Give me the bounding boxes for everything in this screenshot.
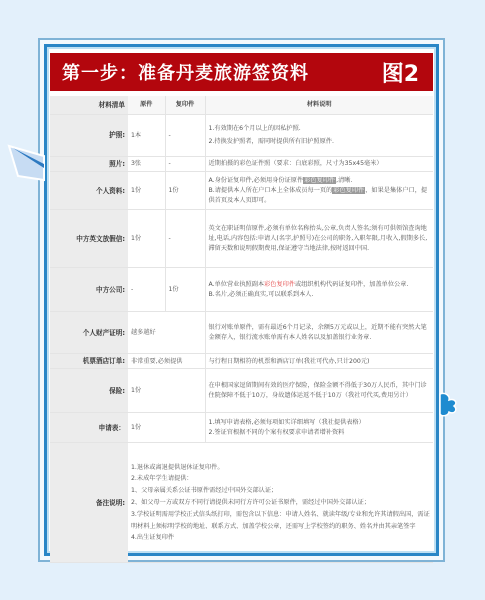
desc-line: 1.有效期在6个月以上的因私护照. [209,124,431,134]
row-copy: 1份 [165,268,205,312]
row-original: 1份 [128,210,165,268]
row-name: 中方英文放假信: [50,210,128,268]
desc-line-a: A.身份证复印件,必须用身份证原件彩色复印件,清晰. [209,176,431,186]
note-line: 1、父母亲属关系公证书原件需经过中国外交部认证； [131,485,430,497]
row-original: 1本 [128,115,165,157]
row-name: 申请表： [50,413,128,443]
note-line: 3.学校证明需用学校正式信头纸打印，需包含以下信息：申请人姓名、就读年级/专业和… [131,509,430,533]
desc-line-a: A.单位营业执照副本彩色复印件或组织机构代码证复印件，加盖单位公章. [209,280,431,290]
row-name: 个人资料: [50,172,128,210]
row-description: A.单位营业执照副本彩色复印件或组织机构代码证复印件，加盖单位公章. B.名片,… [205,268,433,312]
row-name: 中方公司: [50,268,128,312]
row-description: 1.有效期在6个月以上的因私护照. 2.持换发护照者，需同时提供所有旧护照原件. [205,115,433,157]
page-title: 第一步：准备丹麦旅游签资料 [62,59,309,85]
note-line: 2.未成年学生请提供： [131,473,430,485]
row-copy: 1份 [165,172,205,210]
row-name: 备注说明: [50,443,128,563]
row-original: 1份 [128,413,205,443]
row-copy: - [165,157,205,172]
table-row: 照片: 3张 - 近期拍摄的彩色证件照（要求：白底彩照，尺寸为35x45毫米） [50,157,433,172]
row-description: 英文在职证明信原件,必须有单位名称抬头,公章,负责人签名;须有可供领馆查询地址,… [205,210,433,268]
header-description: 材料说明 [205,96,433,115]
highlight-color-copy: 彩色复印件 [303,177,336,184]
table-row: 保险: 1份 在申根国家逗留期间有效的医疗保险，保险金额不得低于30万人民币，其… [50,369,433,413]
table-row: 机票酒店订单: 非常重要,必须提供 与行程日期相符的机票和酒店订单(我社可代办,… [50,354,433,369]
desc-line: 1.填写申请表格,必须每项如实详细填写（我社提供表格） [209,418,431,428]
row-description: 1.填写申请表格,必须每项如实详细填写（我社提供表格） 2.签证官根据不同的个案… [205,413,433,443]
table-row: 个人财产证明: 越多越好 银行对账单原件，需有最近6个月记录，余额5万元或以上，… [50,312,433,354]
desc-line: 2.签证官根据不同的个案有权要求申请者增补资料 [209,428,431,438]
row-original: 1份 [128,172,165,210]
row-description: 与行程日期相符的机票和酒店订单(我社可代办,只计200元) [205,354,433,369]
table-row: 护照: 1本 - 1.有效期在6个月以上的因私护照. 2.持换发护照者，需同时提… [50,115,433,157]
row-name: 个人财产证明: [50,312,128,354]
highlight-color-copy: 彩色复印件 [332,187,365,194]
row-description: A.身份证复印件,必须用身份证原件彩色复印件,清晰. B.请提供本人所在户口本上… [205,172,433,210]
note-line: 1.退休或离退提供退休证复印件。 [131,462,430,474]
table-row: 个人资料: 1份 1份 A.身份证复印件,必须用身份证原件彩色复印件,清晰. B… [50,172,433,210]
row-name: 保险: [50,369,128,413]
desc-line: 2.持换发护照者，需同时提供所有旧护照原件. [209,137,431,147]
header-materials: 材料清单 [50,96,128,115]
row-description: 在申根国家逗留期间有效的医疗保险，保险金额不得低于30万人民币，其中门诊住院保障… [205,369,433,413]
desc-line-b: B.请提供本人所在户口本上全体成员每一页的彩色复印件，如果是集体户口，提供首页及… [209,186,431,205]
desc-text: A.身份证复印件,必须用身份证原件 [209,177,304,184]
highlight-color-copy: 彩色复印件 [264,281,295,288]
row-name: 机票酒店订单: [50,354,128,369]
figure-label: 图2 [382,57,419,88]
cloud-icon [438,390,460,418]
row-description: 银行对账单原件，需有最近6个月记录，余额5万元或以上，近期不能有突然大笔金额存入… [205,312,433,354]
materials-table: 材料清单 原件 复印件 材料说明 护照: 1本 - 1.有效期在6个月以上的因私… [50,96,433,563]
row-original: - [128,268,165,312]
desc-text: A.单位营业执照副本 [209,281,265,288]
desc-text: 或组织机构代码证复印件，加盖单位公章. [295,281,408,288]
row-original: 3张 [128,157,165,172]
row-original: 越多越好 [128,312,205,354]
table-row: 申请表： 1份 1.填写申请表格,必须每项如实详细填写（我社提供表格） 2.签证… [50,413,433,443]
row-description: 近期拍摄的彩色证件照（要求：白底彩照，尺寸为35x45毫米） [205,157,433,172]
desc-line-b: B.名片,必须正确真实,可以联系到本人. [209,290,431,300]
row-original: 1份 [128,369,205,413]
row-description: 1.退休或离退提供退休证复印件。 2.未成年学生请提供： 1、父母亲属关系公证书… [128,443,433,563]
row-name: 照片: [50,157,128,172]
paper-plane-icon [6,142,46,182]
note-line: 4.出生证复印件 [131,532,430,544]
row-name: 护照: [50,115,128,157]
note-line: 2、如父母一方或双方不同行请提供未同行方许可公证书原件，需经过中国外交部认证； [131,497,430,509]
title-banner: 第一步：准备丹麦旅游签资料 图2 [50,53,433,91]
row-copy: - [165,210,205,268]
desc-text: ,清晰. [336,177,352,184]
desc-text: B.请提供本人所在户口本上全体成员每一页的 [209,187,333,194]
table-header-row: 材料清单 原件 复印件 材料说明 [50,96,433,115]
row-original: 非常重要,必须提供 [128,354,205,369]
row-copy: - [165,115,205,157]
table-row: 备注说明: 1.退休或离退提供退休证复印件。 2.未成年学生请提供： 1、父母亲… [50,443,433,563]
header-original: 原件 [128,96,165,115]
header-copy: 复印件 [165,96,205,115]
table-row: 中方英文放假信: 1份 - 英文在职证明信原件,必须有单位名称抬头,公章,负责人… [50,210,433,268]
table-row: 中方公司: - 1份 A.单位营业执照副本彩色复印件或组织机构代码证复印件，加盖… [50,268,433,312]
